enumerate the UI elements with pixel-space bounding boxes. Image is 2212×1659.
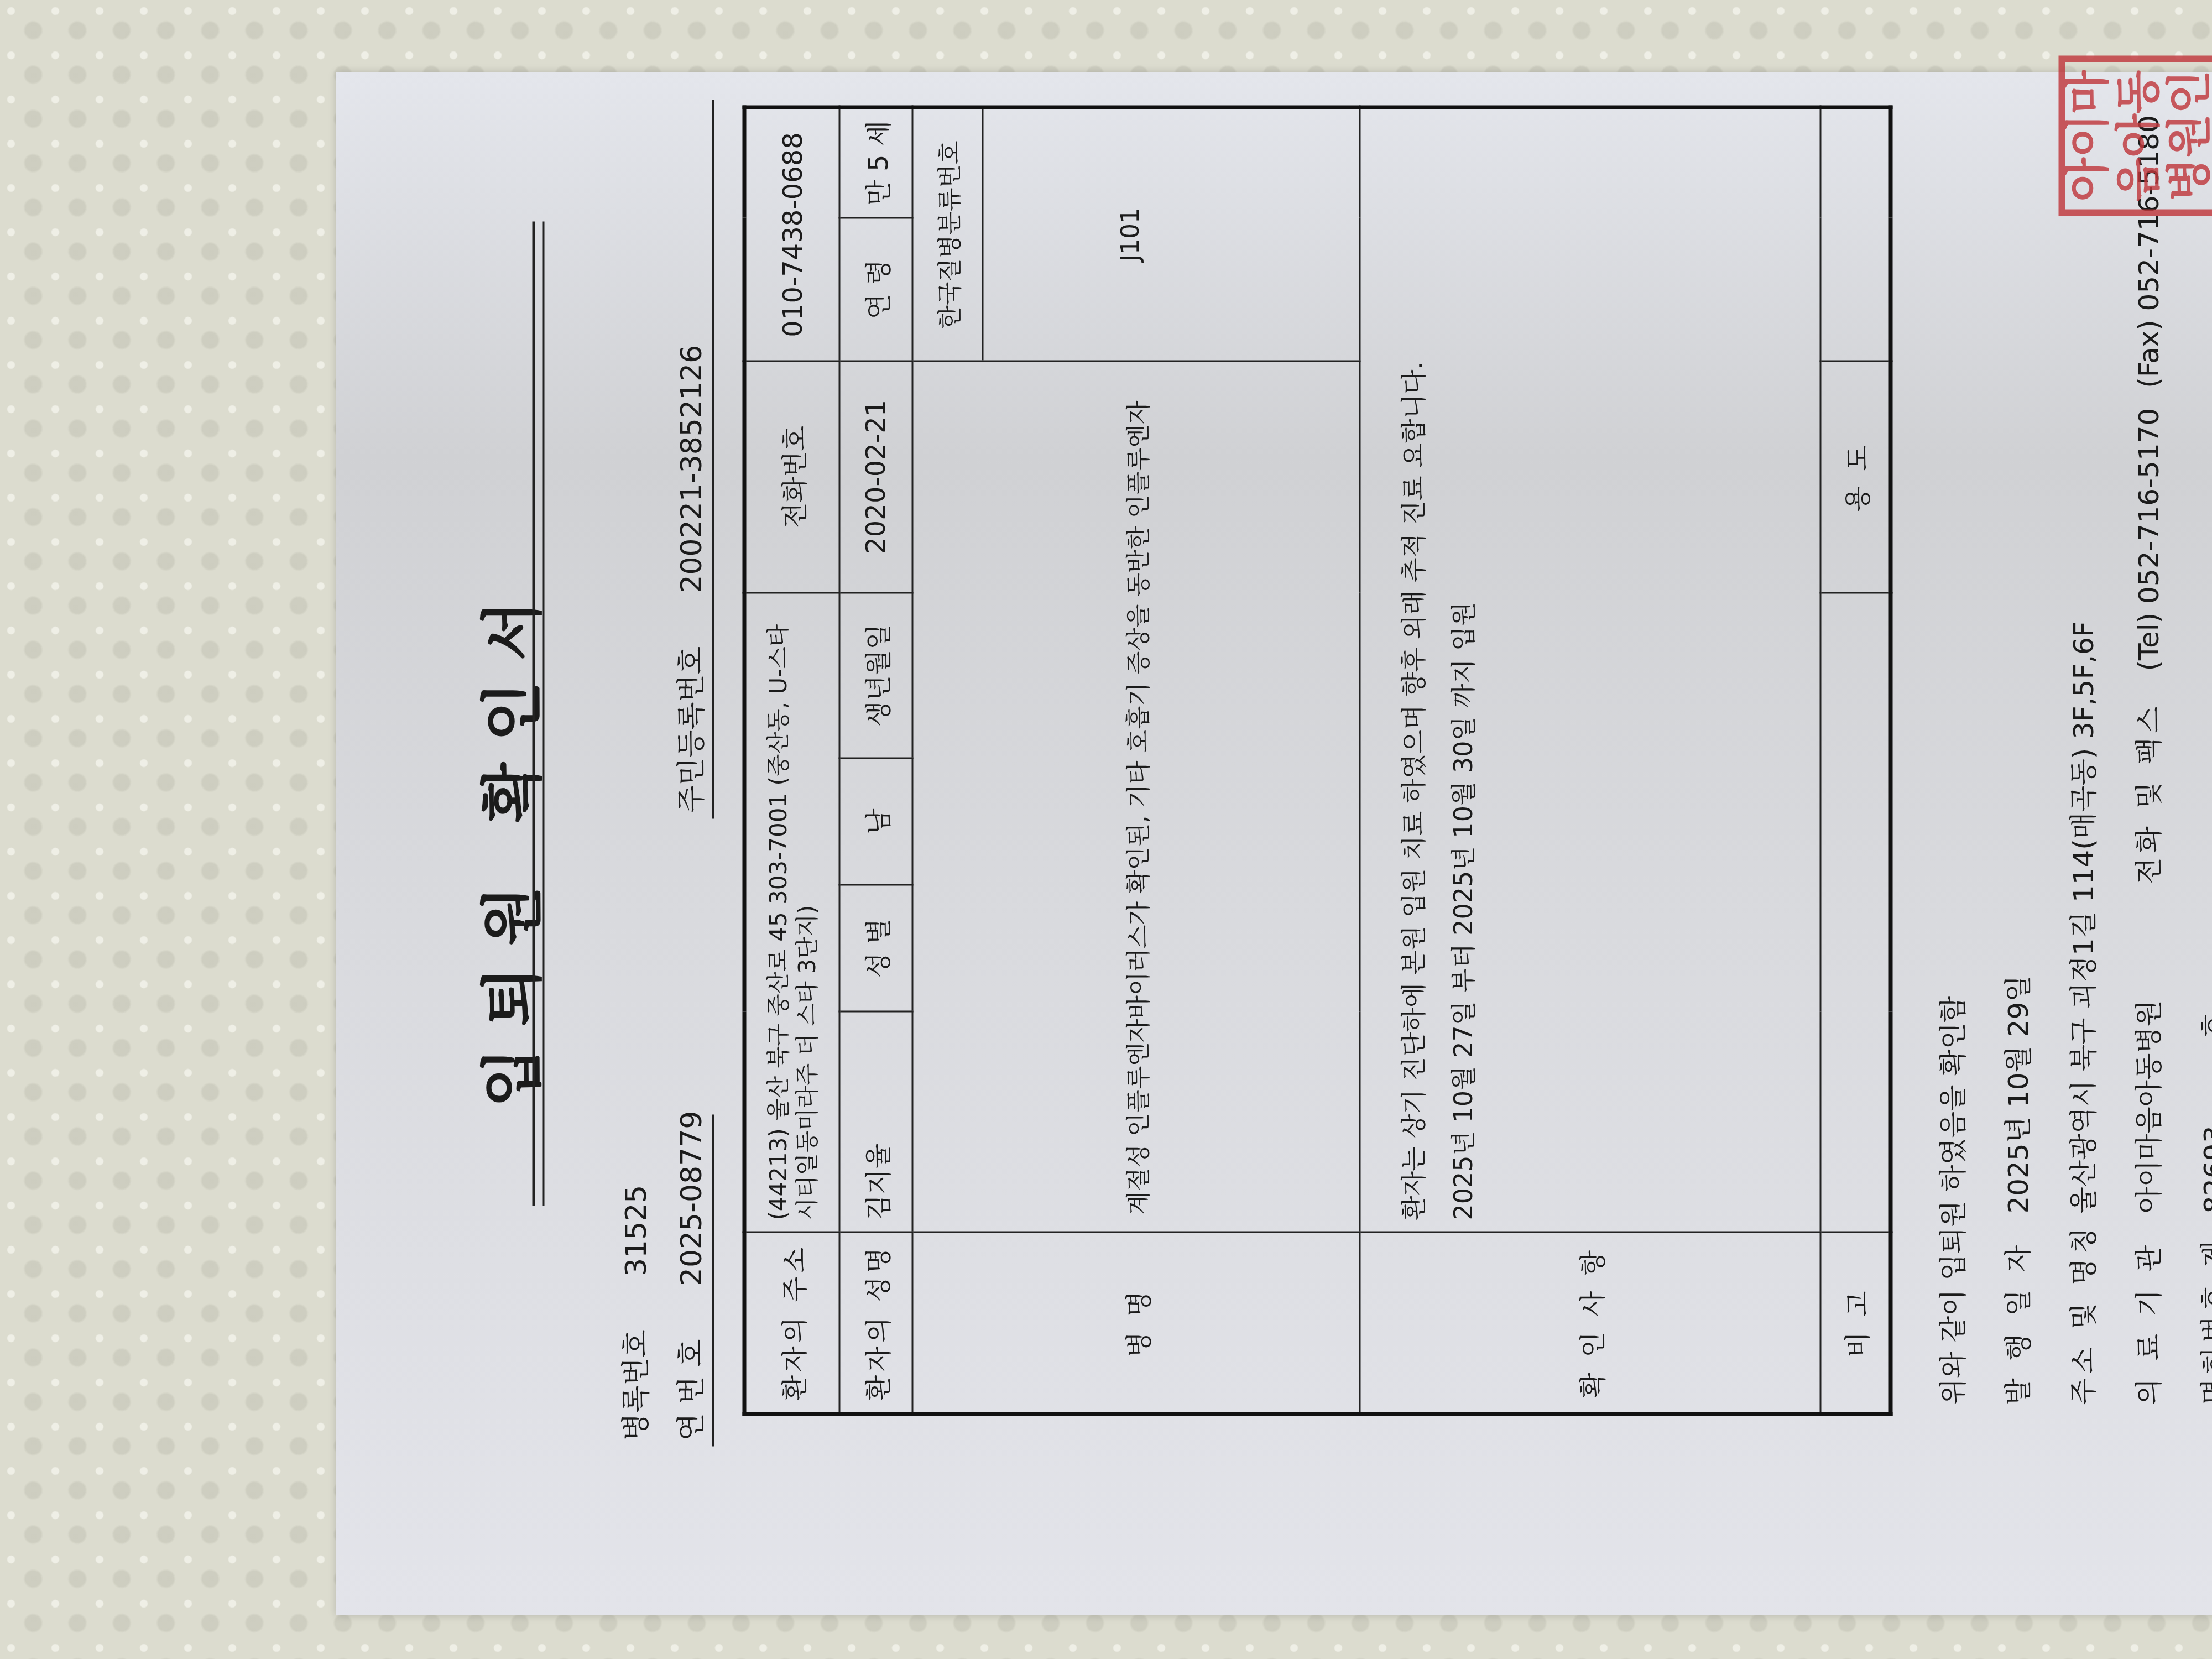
name-value: 김지율 — [839, 1011, 912, 1232]
disease-code-cell: 한국질병분류번호 J101 — [912, 107, 1360, 361]
serial-number: 연 번 호 2025-08779 — [668, 1111, 709, 1441]
disease-code-value: J101 — [983, 109, 1277, 361]
purpose-value — [1820, 107, 1891, 361]
license-value: 82693 — [2182, 1048, 2212, 1214]
license-underline: 면허번호 제 82693 호 — [2182, 1012, 2212, 1405]
serial-underline — [712, 1115, 714, 1447]
issue-date-value: 2025년 10월 29일 — [2002, 975, 2034, 1213]
remarks-label: 비 고 — [1820, 1232, 1891, 1414]
address-row: 환자의 주소 (44213) 울산 북구 중산로 45 303-7001 (중산… — [744, 107, 839, 1414]
confirmation-row: 확 인 사 항 환자는 상기 진단하에 본원 입원 치료 하였으며 향후 외래 … — [1360, 107, 1820, 1414]
institution-label: 의 료 기 관 — [2116, 1223, 2182, 1405]
stamp-line-2: 음아동 — [2114, 70, 2164, 202]
age-value: 만 5 세 — [839, 107, 912, 218]
institution: 의 료 기 관 아이마음아동병원 전화 및 팩스 (Tel) 052-716-5… — [2116, 115, 2182, 1405]
statement: 위와 같이 입퇴원 하였음을 확인함 — [1921, 115, 1986, 1405]
contact-label: 전화 및 팩스 — [2116, 702, 2182, 884]
institution-value: 아이마음아동병원 — [2116, 893, 2182, 1214]
serial-value: 2025-08779 — [675, 1111, 708, 1286]
registration-number: 병록번호 31525 — [613, 1185, 654, 1441]
disease-code-label: 한국질병분류번호 — [913, 109, 983, 361]
rrn-underline — [712, 100, 714, 819]
stamp-line-1: 아이마 — [2063, 70, 2114, 202]
birth-label: 생년월일 — [839, 593, 912, 758]
confirmation-line-2: 2025년 10월 27일 부터 2025년 10월 30일 까지 입원 — [1438, 121, 1488, 1220]
name-label: 환자의 성명 — [839, 1232, 912, 1414]
confirmation-content: 환자는 상기 진단하에 본원 입원 치료 하였으며 향후 외래 추적 진료 요합… — [1360, 107, 1820, 1232]
phone-label: 전화번호 — [744, 361, 839, 593]
address-value: (44213) 울산 북구 중산로 45 303-7001 (중산동, U-스타… — [744, 593, 839, 1232]
certificate-paper: 입퇴원 확인서 병록번호 31525 연 번 호 2025-08779 주민등록… — [336, 72, 2212, 1615]
remarks-value — [1820, 593, 1891, 1232]
diagnosis-label: 병 명 — [912, 1232, 1360, 1414]
issue-date: 발 행 일 자 2025년 10월 29일 — [1986, 115, 2051, 1405]
confirmation-line-1: 환자는 상기 진단하에 본원 입원 치료 하였으며 향후 외래 추적 진료 요합… — [1389, 121, 1438, 1220]
institution-address-label: 주소 및 명칭 — [2051, 1223, 2116, 1405]
registration-label: 병록번호 — [613, 1330, 654, 1441]
issuer-section: 위와 같이 입퇴원 하였음을 확인함 발 행 일 자 2025년 10월 29일… — [1921, 115, 2212, 1405]
title-underline — [533, 222, 545, 1206]
registration-value: 31525 — [620, 1185, 653, 1276]
birth-value: 2020-02-21 — [839, 361, 912, 593]
license-label: 면허번호 제 — [2182, 1223, 2212, 1405]
serial-label: 연 번 호 — [668, 1339, 709, 1441]
age-label: 연 령 — [839, 218, 912, 361]
rrn-value: 200221-3852126 — [675, 345, 708, 593]
name-row: 환자의 성명 김지율 성 별 남 생년월일 2020-02-21 연 령 만 5… — [839, 107, 912, 1414]
diagnosis-row: 병 명 계절성 인플루엔자바이러스가 확인된, 기타 호흡기 증상을 동반한 인… — [912, 107, 1360, 1414]
purpose-label: 용 도 — [1820, 361, 1891, 593]
certificate-table: 환자의 주소 (44213) 울산 북구 중산로 45 303-7001 (중산… — [743, 106, 1893, 1416]
sex-value: 남 — [839, 758, 912, 885]
institution-address-value: 울산광역시 북구 괴정1길 114(매곡동) 3F,5F,6F — [2068, 621, 2100, 1213]
license-suffix: 호 — [2198, 1012, 2212, 1039]
stamp-line-3: 병원인 — [2164, 70, 2212, 202]
tel-value: (Tel) 052-716-5170 — [2133, 408, 2165, 671]
diagnosis-text: 계절성 인플루엔자바이러스가 확인된, 기타 호흡기 증상을 동반한 인플루엔자 — [912, 361, 1360, 1232]
resident-registration: 주민등록번호 200221-3852126 — [668, 345, 709, 813]
sex-label: 성 별 — [839, 885, 912, 1011]
phone-value: 010-7438-0688 — [744, 107, 839, 361]
address-label: 환자의 주소 — [744, 1232, 839, 1414]
institution-address: 주소 및 명칭 울산광역시 북구 괴정1길 114(매곡동) 3F,5F,6F — [2051, 115, 2116, 1405]
issue-date-label: 발 행 일 자 — [1986, 1223, 2051, 1405]
license: 면허번호 제 82693 호 — [2182, 115, 2212, 1405]
confirmation-label: 확 인 사 항 — [1360, 1232, 1820, 1414]
rrn-label: 주민등록번호 — [668, 646, 709, 813]
remarks-purpose-row: 비 고 용 도 — [1820, 107, 1891, 1414]
hospital-seal-stamp: 아이마 음아동 병원인 — [2059, 56, 2212, 216]
